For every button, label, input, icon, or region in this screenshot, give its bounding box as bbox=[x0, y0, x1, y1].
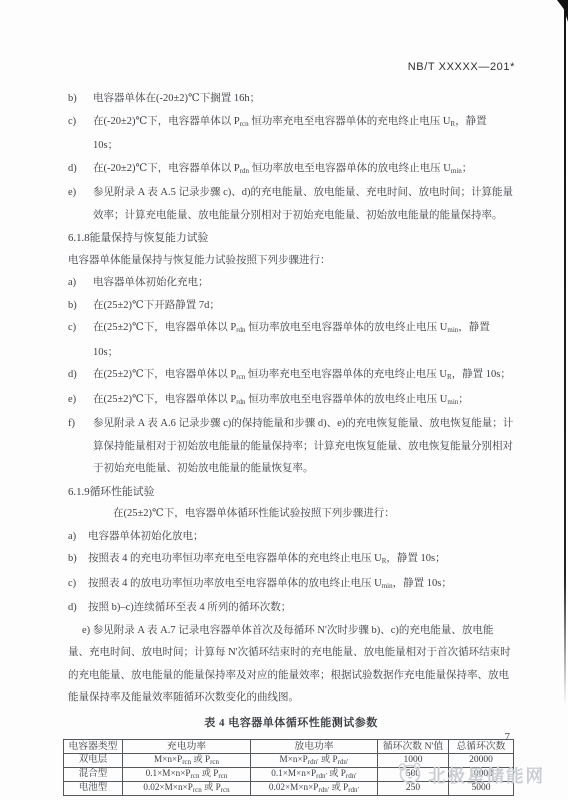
list-item-text: 按照表 4 的放电功率恒功率放电至电容器单体的放电终止电压 Umin，静置 10… bbox=[88, 573, 514, 598]
list-item-text: 在(25±2)℃下，电容器单体以 Prcn 恒功率充电至电容器单体的充电终止电压… bbox=[93, 364, 514, 389]
table-4-title: 表 4 电容器单体循环性能测试参数 bbox=[68, 712, 514, 735]
scan-edge-line bbox=[564, 0, 566, 705]
cell-charge-power: 0.02×M×n×Prcn 或 Prcn bbox=[123, 782, 251, 796]
cell-capacitor-type: 混合型 bbox=[64, 768, 123, 782]
watermark: 北极星储能网 bbox=[393, 761, 545, 790]
list-6-1-8-steps: a) 电容器单体初始化充电； b) 在(25±2)℃下开路静置 7d； c) 在… bbox=[68, 272, 514, 481]
list-item: c) 在(25±2)℃下，电容器单体以 Prdn 恒功率放电至电容器单体的放电终… bbox=[68, 317, 514, 364]
scan-edge-corner bbox=[557, 0, 568, 22]
table-header-cell: 电容器类型 bbox=[64, 740, 123, 754]
list-item-label: b) bbox=[68, 548, 88, 573]
list-item-label: f) bbox=[68, 413, 93, 481]
list-item-text: 参见附录 A 表 A.5 记录步骤 c)、d)的充电能量、放电能量、充电时间、放… bbox=[93, 182, 514, 227]
list-item: b) 电容器单体在(-20±2)℃下搁置 16h； bbox=[68, 88, 514, 111]
watermark-text: 北极星储能网 bbox=[428, 763, 545, 788]
list-item: e) 在(25±2)℃下，电容器单体以 Prdn 恒功率放电至电容器单体的放电终… bbox=[68, 389, 514, 414]
cell-discharge-power: M×n×Prdn′ 或 Prdn′ bbox=[251, 754, 378, 768]
section-intro-6-1-9: 在(25±2)℃下，电容器单体循环性能试验按照下列步骤进行： bbox=[68, 503, 514, 526]
list-item-text: 在(-20±2)℃下，电容器单体以 Prdn 恒功率放电至电容器单体的放电终止电… bbox=[93, 158, 514, 183]
list-item-text: 在(-20±2)℃下，电容器单体以 Prcn 恒功率充电至电容器单体的充电终止电… bbox=[93, 111, 514, 158]
section-heading-6-1-9: 6.1.9循环性能试验 bbox=[68, 481, 514, 504]
beijixing-logo-icon bbox=[393, 761, 423, 790]
cell-charge-power: 0.1×M×n×Prcn 或 Prcn bbox=[123, 768, 251, 782]
list-item: d) 按照 b)–c)连续循环至表 4 所列的循环次数； bbox=[68, 597, 514, 620]
list-item: b) 在(25±2)℃下开路静置 7d； bbox=[68, 295, 514, 318]
section-intro-6-1-8: 电容器单体能量保持与恢复能力试验按照下列步骤进行： bbox=[68, 250, 514, 273]
list-item-text: 按照 b)–c)连续循环至表 4 所列的循环次数； bbox=[88, 597, 514, 620]
page-number: 7 bbox=[505, 731, 511, 743]
list-item-text: 电容器单体初始化充电； bbox=[93, 272, 514, 295]
list-item-text: 电容器单体在(-20±2)℃下搁置 16h； bbox=[93, 88, 514, 111]
list-item-label: c) bbox=[68, 111, 93, 158]
table-header-cell: 放电功率 bbox=[251, 740, 378, 754]
cell-discharge-power: 0.1×M×n×Prdn′ 或 Prdn′ bbox=[251, 768, 378, 782]
list-item-label: c) bbox=[68, 573, 88, 598]
list-item-text: 在(25±2)℃下开路静置 7d； bbox=[93, 295, 514, 318]
cell-discharge-power: 0.02×M×n×Prdn′ 或 Prdn′ bbox=[251, 782, 378, 796]
section-heading-6-1-8: 6.1.8能量保持与恢复能力试验 bbox=[68, 227, 514, 250]
list-item-label: d) bbox=[68, 364, 93, 389]
list-item-label: a) bbox=[68, 272, 93, 295]
list-item: d) 在(-20±2)℃下，电容器单体以 Prdn 恒功率放电至电容器单体的放电… bbox=[68, 158, 514, 183]
list-item-text: 在(25±2)℃下，电容器单体以 Prdn 恒功率放电至电容器单体的放电终止电压… bbox=[93, 389, 514, 414]
table-header-cell: 循环次数 N'值 bbox=[378, 740, 449, 754]
list-item: f) 参见附录 A 表 A.6 记录步骤 c)的保持能量和步骤 d)、e)的充电… bbox=[68, 413, 514, 481]
list-item: c) 按照表 4 的放电功率恒功率放电至电容器单体的放电终止电压 Umin，静置… bbox=[68, 573, 514, 598]
table-header-cell: 充电功率 bbox=[123, 740, 251, 754]
cell-capacitor-type: 双电层 bbox=[64, 754, 123, 768]
list-item: a) 电容器单体初始化充电； bbox=[68, 272, 514, 295]
table-header-row: 电容器类型充电功率放电功率循环次数 N'值总循环次数 bbox=[64, 740, 514, 754]
cell-capacitor-type: 电池型 bbox=[64, 782, 123, 796]
list-item-label: b) bbox=[68, 88, 93, 111]
document-body: b) 电容器单体在(-20±2)℃下搁置 16h； c) 在(-20±2)℃下，… bbox=[68, 88, 514, 796]
list-item-label: e) bbox=[68, 182, 93, 227]
paragraph-step-e: e) 参见附录 A 表 A.7 记录电容器单体首次及每循环 N'次时步骤 b)、… bbox=[68, 620, 514, 710]
list-item: c) 在(-20±2)℃下，电容器单体以 Prcn 恒功率充电至电容器单体的充电… bbox=[68, 111, 514, 158]
list-item-text: 参见附录 A 表 A.6 记录步骤 c)的保持能量和步骤 d)、e)的充电恢复能… bbox=[93, 413, 514, 481]
list-item-label: d) bbox=[68, 597, 88, 620]
list-item-text: 电容器单体初始化放电； bbox=[88, 526, 514, 549]
list-item-label: c) bbox=[68, 317, 93, 364]
list-item-label: e) bbox=[68, 389, 93, 414]
list-item: a) 电容器单体初始化放电； bbox=[68, 526, 514, 549]
list-item-label: d) bbox=[68, 158, 93, 183]
cell-charge-power: M×n×Prcn 或 Prcn bbox=[123, 754, 251, 768]
list-item: d) 在(25±2)℃下，电容器单体以 Prcn 恒功率充电至电容器单体的充电终… bbox=[68, 364, 514, 389]
list-item: e) 参见附录 A 表 A.5 记录步骤 c)、d)的充电能量、放电能量、充电时… bbox=[68, 182, 514, 227]
list-6-1-7-steps: b) 电容器单体在(-20±2)℃下搁置 16h； c) 在(-20±2)℃下，… bbox=[68, 88, 514, 227]
document-code: NB/T XXXXX—201* bbox=[408, 61, 515, 73]
list-item-label: b) bbox=[68, 295, 93, 318]
list-item: b) 按照表 4 的充电功率恒功率充电至电容器单体的充电终止电压 UR，静置 1… bbox=[68, 548, 514, 573]
list-6-1-9-steps: a) 电容器单体初始化放电； b) 按照表 4 的充电功率恒功率充电至电容器单体… bbox=[68, 526, 514, 620]
list-item-label: a) bbox=[68, 526, 88, 549]
list-item-text: 在(25±2)℃下，电容器单体以 Prdn 恒功率放电至电容器单体的放电终止电压… bbox=[93, 317, 514, 364]
list-item-text: 按照表 4 的充电功率恒功率充电至电容器单体的充电终止电压 UR，静置 10s； bbox=[88, 548, 514, 573]
